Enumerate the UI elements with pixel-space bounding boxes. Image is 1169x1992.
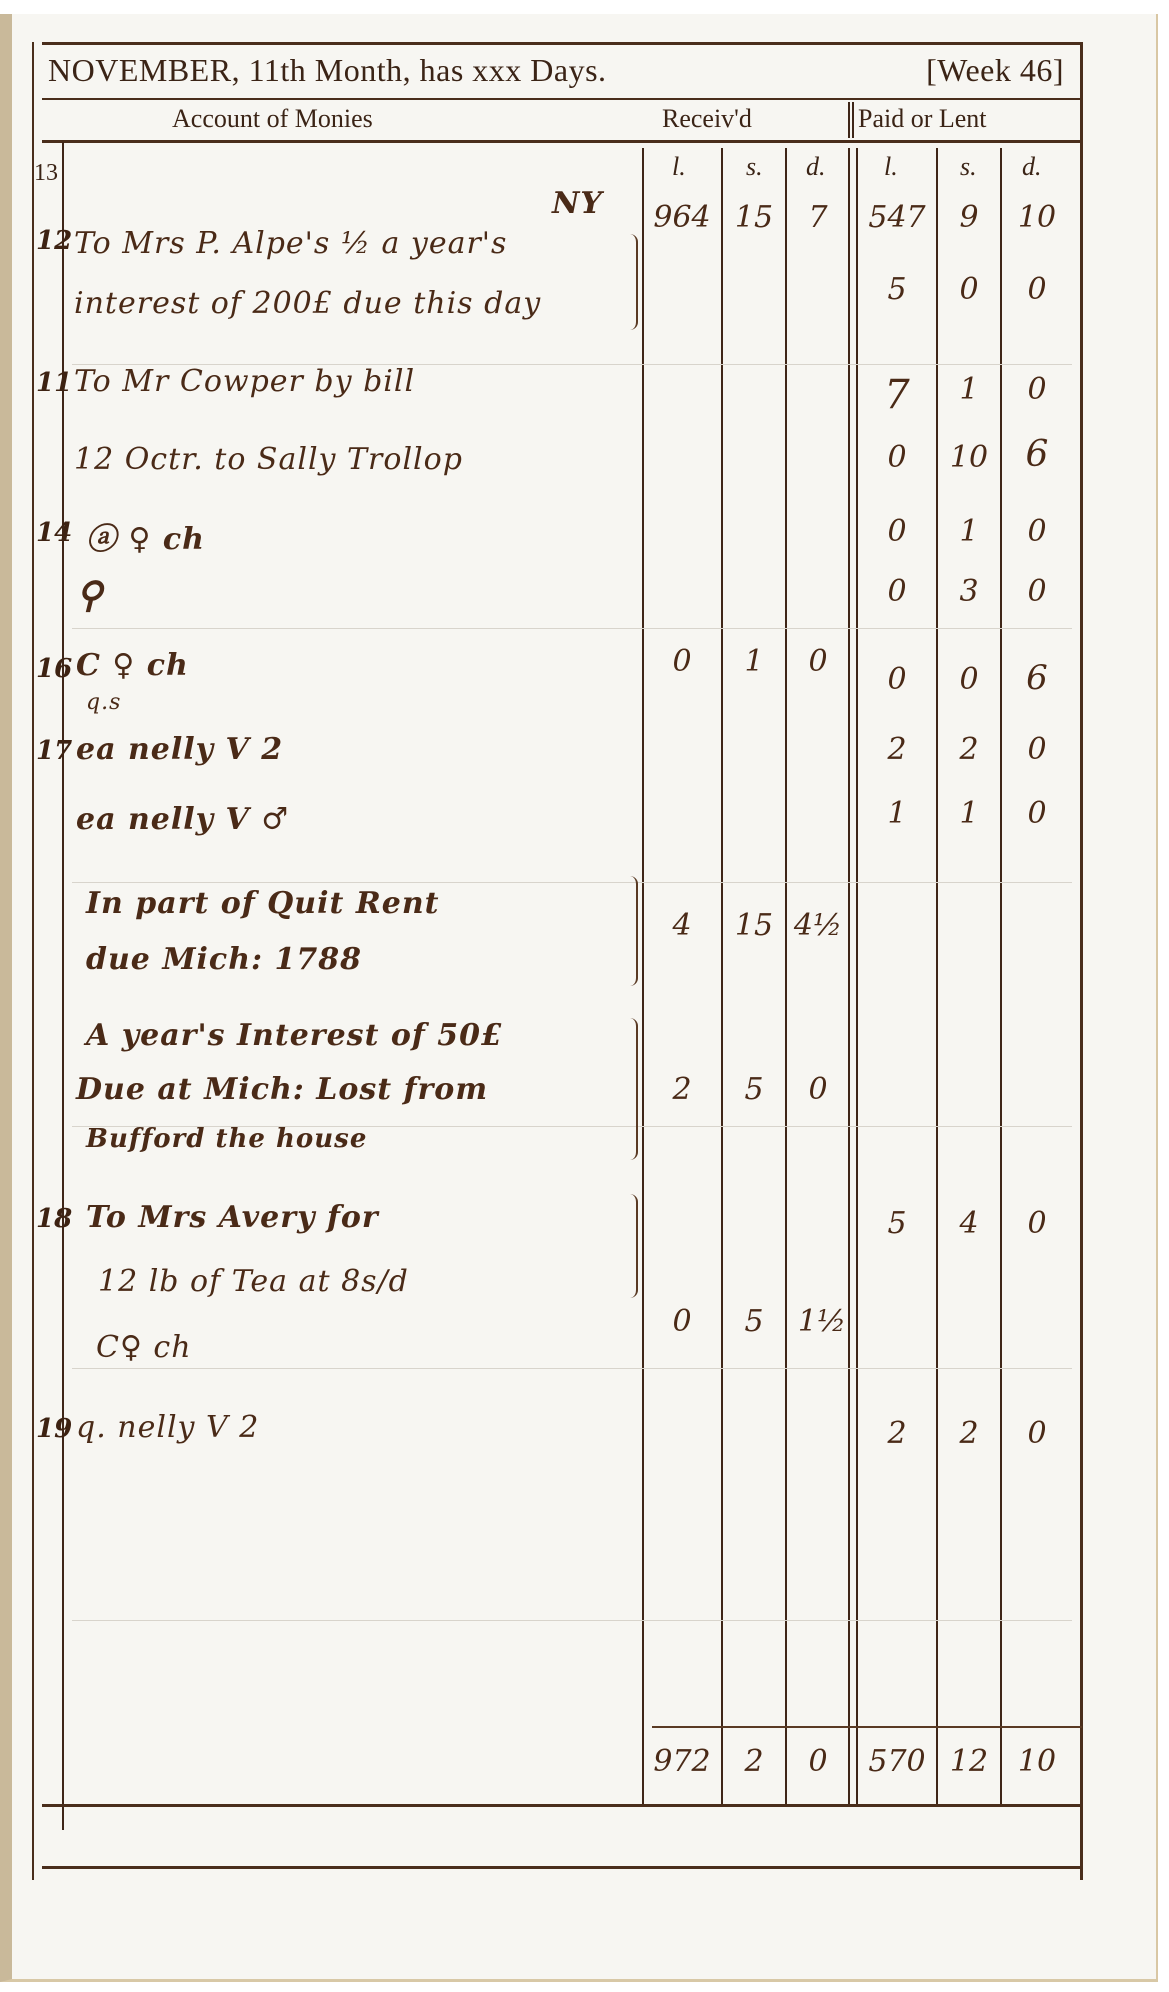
paid-pence: 0 bbox=[1002, 514, 1072, 549]
received-l-rule bbox=[642, 148, 644, 1804]
paid-shillings: 9 bbox=[938, 200, 1000, 235]
day-number: 19 bbox=[36, 1414, 72, 1444]
received-s-rule bbox=[721, 148, 723, 1804]
paid-shillings: 1 bbox=[938, 372, 1000, 407]
total-received-pence: 0 bbox=[787, 1744, 849, 1779]
entry-text: Due at Mich: Lost from bbox=[76, 1072, 488, 1107]
faint-rule bbox=[72, 1620, 1072, 1621]
entry-text: interest of 200£ due this day bbox=[74, 286, 541, 321]
entry-text: 12 lb of Tea at 8s/d bbox=[98, 1264, 409, 1299]
paid-pounds-unit: l. bbox=[884, 152, 898, 182]
paid-shillings: 2 bbox=[938, 1416, 1000, 1451]
received-pounds: 2 bbox=[644, 1072, 720, 1107]
entry-text: due Mich: 1788 bbox=[86, 942, 362, 977]
received-pounds: 4 bbox=[644, 908, 720, 943]
received-shillings: 5 bbox=[723, 1304, 785, 1339]
received-pounds-unit: l. bbox=[672, 152, 686, 182]
entry-text: ea nelly V ♂ bbox=[76, 802, 289, 837]
paid-shillings: 4 bbox=[938, 1206, 1000, 1241]
week-label: [Week 46] bbox=[926, 52, 1064, 89]
received-pounds: 964 bbox=[644, 200, 720, 235]
frame-right-rule bbox=[1080, 42, 1083, 1880]
entry-text: q.s bbox=[86, 690, 121, 715]
total-received-shillings: 2 bbox=[723, 1744, 785, 1779]
header-double-rule-a bbox=[848, 102, 850, 138]
header-double-rule-b bbox=[852, 102, 854, 138]
header-rule bbox=[42, 140, 1082, 143]
received-shillings: 15 bbox=[723, 200, 785, 235]
title-rule bbox=[42, 98, 1082, 100]
received-shillings: 1 bbox=[723, 644, 785, 679]
faint-rule bbox=[72, 1368, 1072, 1369]
account-of-monies-heading: Account of Monies bbox=[172, 104, 373, 134]
entry-text: NY bbox=[552, 186, 603, 221]
received-pounds: 0 bbox=[644, 1304, 720, 1339]
paid-shillings: 0 bbox=[938, 662, 1000, 697]
paid-pounds: 5 bbox=[858, 1206, 936, 1241]
brace-mark bbox=[630, 234, 638, 330]
paid-pounds: 2 bbox=[858, 1416, 936, 1451]
paid-pence: 0 bbox=[1002, 372, 1072, 407]
paid-pence: 0 bbox=[1002, 574, 1072, 609]
received-pence: 4½ bbox=[787, 908, 849, 943]
entry-text: ⚲ bbox=[76, 574, 103, 616]
paid-pounds: 7 bbox=[858, 372, 936, 418]
brace-mark bbox=[630, 876, 638, 986]
paid-pounds: 0 bbox=[858, 514, 936, 549]
paid-pence-unit: d. bbox=[1022, 152, 1042, 182]
received-shillings-unit: s. bbox=[746, 152, 763, 182]
day-number: 16 bbox=[36, 654, 72, 684]
faint-rule bbox=[72, 882, 1072, 883]
day-number: 12 bbox=[36, 226, 72, 256]
received-heading: Receiv'd bbox=[662, 104, 752, 134]
total-received-pounds: 972 bbox=[644, 1744, 720, 1779]
day-number: 11 bbox=[36, 368, 72, 398]
paid-pounds: 0 bbox=[858, 440, 936, 475]
ledger-page: NOVEMBER, 11th Month, has xxx Days. [Wee… bbox=[0, 14, 1158, 1982]
top-rule bbox=[42, 42, 1082, 45]
paid-pence: 6 bbox=[1002, 434, 1072, 475]
entry-text: 12 Octr. to Sally Trollop bbox=[74, 442, 463, 477]
entry-text: To Mrs P. Alpe's ½ a year's bbox=[74, 226, 507, 261]
received-pence: 0 bbox=[787, 644, 849, 679]
paid-shillings: 1 bbox=[938, 514, 1000, 549]
paid-pounds: 5 bbox=[858, 272, 936, 307]
paid-or-lent-heading: Paid or Lent bbox=[858, 104, 987, 134]
received-shillings: 15 bbox=[723, 908, 785, 943]
received-pence: 0 bbox=[787, 1072, 849, 1107]
margin-day-number: 13 bbox=[34, 160, 58, 187]
total-paid-pence: 10 bbox=[1002, 1744, 1072, 1779]
paid-pence: 0 bbox=[1002, 1416, 1072, 1451]
entry-text: ⓐ ♀ ch bbox=[86, 514, 205, 558]
received-shillings: 5 bbox=[723, 1072, 785, 1107]
month-title: NOVEMBER, 11th Month, has xxx Days. bbox=[48, 52, 607, 88]
paid-shillings: 2 bbox=[938, 732, 1000, 767]
received-pence-unit: d. bbox=[806, 152, 826, 182]
entry-text: Bufford the house bbox=[86, 1124, 367, 1154]
day-number: 14 bbox=[36, 518, 72, 548]
entry-text: q. nelly V 2 bbox=[76, 1410, 259, 1445]
total-paid-pounds: 570 bbox=[858, 1744, 936, 1779]
brace-mark bbox=[630, 1194, 638, 1298]
day-number: 17 bbox=[36, 736, 72, 766]
total-paid-shillings: 12 bbox=[938, 1744, 1000, 1779]
page-title: NOVEMBER, 11th Month, has xxx Days. [Wee… bbox=[48, 52, 1068, 96]
paid-double-rule-a bbox=[848, 148, 850, 1804]
received-d-rule bbox=[785, 148, 787, 1804]
base-rule bbox=[42, 1866, 1082, 1869]
paid-pence: 6 bbox=[1002, 658, 1072, 698]
paid-pounds: 2 bbox=[858, 732, 936, 767]
brace-mark bbox=[630, 1018, 638, 1160]
paid-pence: 0 bbox=[1002, 1206, 1072, 1241]
paid-shillings: 3 bbox=[938, 574, 1000, 609]
paid-shillings: 10 bbox=[938, 440, 1000, 475]
received-pence: 1½ bbox=[787, 1304, 857, 1339]
day-number: 18 bbox=[36, 1204, 72, 1234]
paid-pounds: 1 bbox=[858, 796, 936, 831]
entry-text: ea nelly V 2 bbox=[76, 732, 283, 767]
entry-text: To Mr Cowper by bill bbox=[74, 364, 415, 399]
faint-rule bbox=[72, 628, 1072, 629]
paid-shillings: 1 bbox=[938, 796, 1000, 831]
totals-rule bbox=[652, 1726, 1082, 1728]
paid-pence: 0 bbox=[1002, 732, 1072, 767]
paid-pence: 0 bbox=[1002, 272, 1072, 307]
bottom-rule bbox=[42, 1804, 1082, 1807]
entry-text: To Mrs Avery for bbox=[86, 1200, 379, 1235]
paid-shillings-unit: s. bbox=[960, 152, 977, 182]
entry-text: C♀ ch bbox=[96, 1330, 192, 1365]
received-pounds: 0 bbox=[644, 644, 720, 679]
paid-pence: 10 bbox=[1002, 200, 1072, 235]
paid-pence: 0 bbox=[1002, 796, 1072, 831]
received-pence: 7 bbox=[787, 200, 849, 235]
paid-pounds: 0 bbox=[858, 574, 936, 609]
paid-shillings: 0 bbox=[938, 272, 1000, 307]
paid-pounds: 547 bbox=[858, 200, 936, 235]
entry-text: In part of Quit Rent bbox=[86, 886, 440, 921]
frame-left-rule bbox=[32, 42, 34, 1880]
entry-text: A year's Interest of 50£ bbox=[86, 1018, 503, 1053]
paid-pounds: 0 bbox=[858, 662, 936, 697]
entry-text: C ♀ ch bbox=[76, 648, 189, 683]
